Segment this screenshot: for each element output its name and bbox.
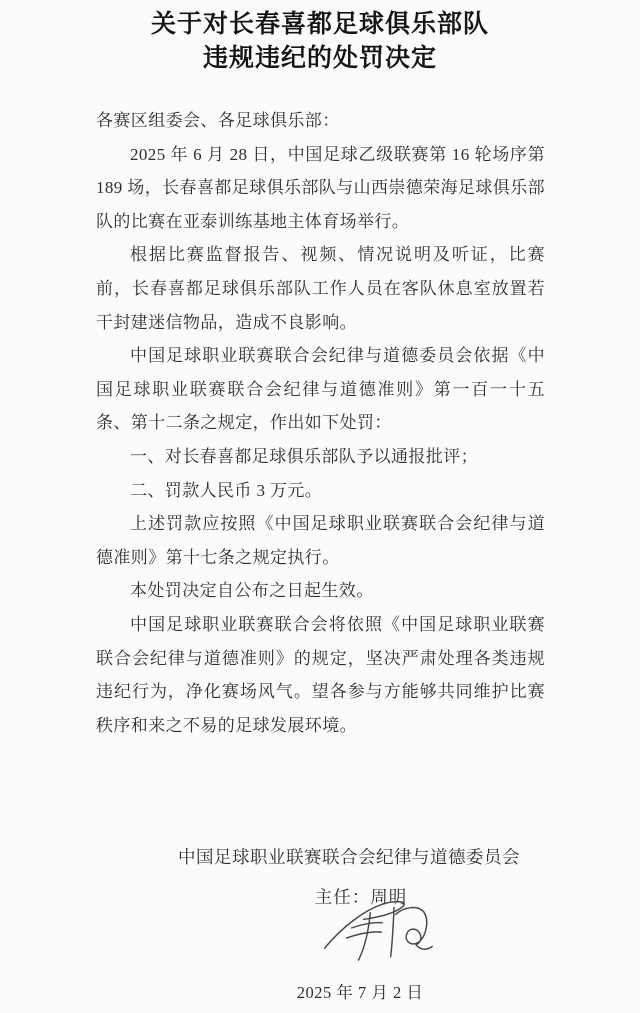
body-paragraph: 一、对长春喜都足球俱乐部队予以通报批评； — [96, 440, 545, 474]
document-title-line-1: 关于对长春喜都足球俱乐部队 — [0, 8, 640, 42]
document-title: 关于对长春喜都足球俱乐部队 违规违纪的处罚决定 — [0, 8, 640, 76]
signature-block: 中国足球职业联赛联合会纪律与道德委员会 主任：周明 2025 年 7 月 2 日 — [0, 846, 640, 1004]
handwritten-signature-icon — [60, 894, 640, 966]
document-title-line-2: 违规违纪的处罚决定 — [0, 42, 640, 76]
body-paragraph: 根据比赛监督报告、视频、情况说明及听证，比赛前，长春喜都足球俱乐部队工作人员在客… — [96, 238, 545, 339]
body-paragraph: 2025 年 6 月 28 日，中国足球乙级联赛第 16 轮场序第 189 场，… — [96, 138, 545, 239]
body-paragraph: 中国足球职业联赛联合会纪律与道德委员会依据《中国足球职业联赛联合会纪律与道德准则… — [96, 339, 545, 440]
salutation-line: 各赛区组委会、各足球俱乐部： — [96, 104, 545, 138]
document-date: 2025 年 7 月 2 日 — [40, 982, 640, 1004]
document-page: 关于对长春喜都足球俱乐部队 违规违纪的处罚决定 各赛区组委会、各足球俱乐部： 2… — [0, 0, 640, 1013]
body-paragraph: 中国足球职业联赛联合会将依照《中国足球职业联赛联合会纪律与道德准则》的规定，坚决… — [96, 608, 545, 742]
document-body: 各赛区组委会、各足球俱乐部： 2025 年 6 月 28 日，中国足球乙级联赛第… — [96, 104, 545, 742]
body-paragraph: 本处罚决定自公布之日起生效。 — [96, 574, 545, 608]
issuing-organization: 中国足球职业联赛联合会纪律与道德委员会 — [29, 846, 640, 868]
body-paragraph: 二、罚款人民币 3 万元。 — [96, 474, 545, 508]
body-paragraph: 上述罚款应按照《中国足球职业联赛联合会纪律与道德准则》第十七条之规定执行。 — [96, 507, 545, 574]
